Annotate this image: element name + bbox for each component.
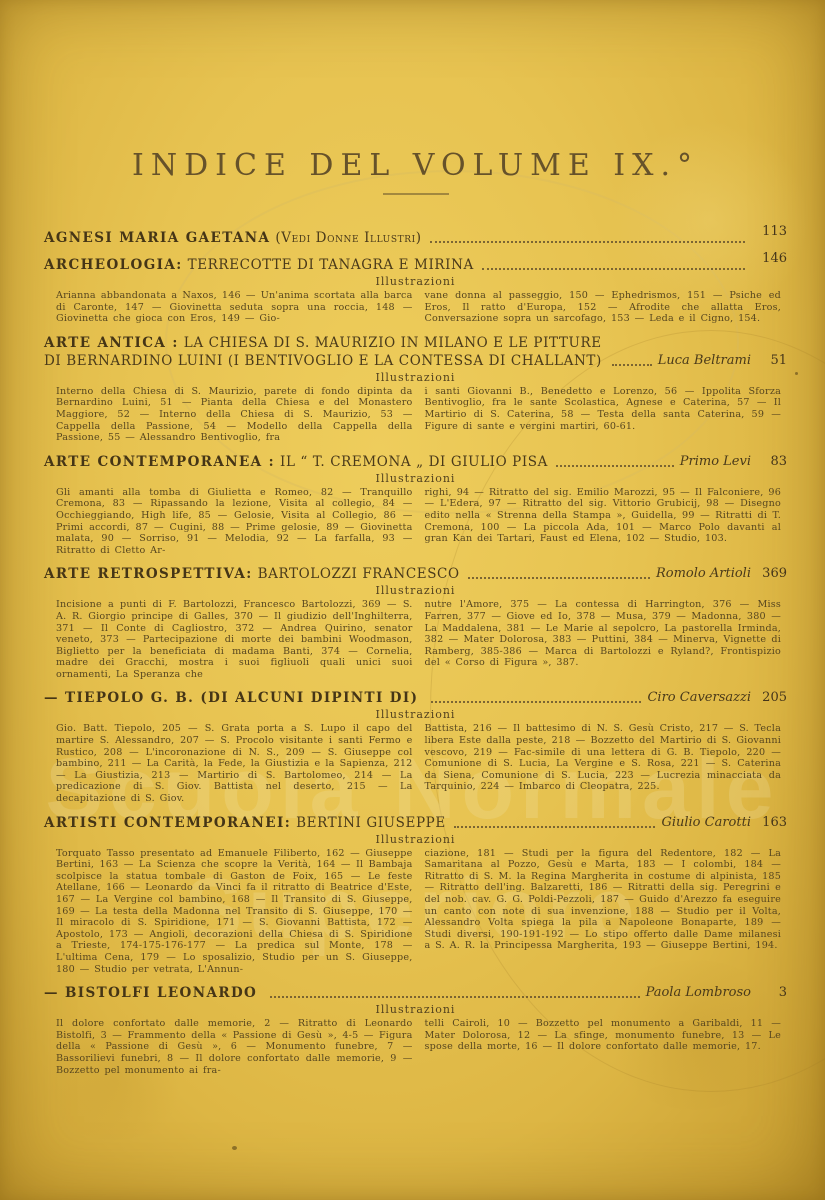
entry-author: Primo Levi xyxy=(680,453,751,471)
illustrations-columns: Incisione a punti di F. Bartolozzi, Fran… xyxy=(44,599,787,680)
illustrations-column-right: ciazione, 181 — Studi per la figura del … xyxy=(425,848,782,976)
illustrations-column-left: Torquato Tasso presentato ad Emanuele Fi… xyxy=(56,848,413,976)
paper-speck xyxy=(232,1146,237,1150)
illustrations-column-left: Gli amanti alla tomba di Giulietta e Rom… xyxy=(56,487,413,557)
illustrations-column-left: Il dolore confortato dalle memorie, 2 — … xyxy=(56,1018,413,1076)
page-title: INDICE DEL VOLUME IX.° xyxy=(44,148,787,183)
entry-bistolfi: — BISTOLFI LEONARDO Paola Lombroso 3 Ill… xyxy=(44,984,787,1076)
entry-lead: AGNESI MARIA GAETANA xyxy=(44,230,270,246)
illustrations-label: Illustrazioni xyxy=(44,584,787,597)
entry-heading: ARTISTI CONTEMPORANEI:BERTINI GIUSEPPE G… xyxy=(44,814,787,832)
leader-dots xyxy=(270,996,639,998)
leader-dots xyxy=(612,364,652,366)
entry-title: BERTINI GIUSEPPE xyxy=(296,815,446,831)
entry-heading: ARTE RETROSPETTIVA:BARTOLOZZI FRANCESCO … xyxy=(44,565,787,583)
illustrations-label: Illustrazioni xyxy=(44,833,787,846)
scanned-page: Scuola Normale Superiore INDICE DEL VOLU… xyxy=(0,0,825,1200)
entry-author: Paola Lombroso xyxy=(646,984,751,1002)
illustrations-column-right: i santi Giovanni B., Benedetto e Lorenzo… xyxy=(425,386,782,444)
entry-page-number: 83 xyxy=(761,453,787,471)
illustrations-column-right: vane donna al passeggio, 150 — Ephedrism… xyxy=(425,290,782,325)
illustrations-columns: Interno della Chiesa di S. Maurizio, par… xyxy=(44,386,787,444)
entry-page-number: 205 xyxy=(761,689,787,707)
illustrations-label: Illustrazioni xyxy=(44,708,787,721)
entry-heading: ARTE ANTICA :LA CHIESA DI S. MAURIZIO IN… xyxy=(44,334,787,370)
entry-author: Romolo Artioli xyxy=(656,565,751,583)
entry-tiepolo: — TIEPOLO G. B. (DI ALCUNI DIPINTI DI) C… xyxy=(44,689,787,804)
illustrations-column-right: telli Cairoli, 10 — Bozzetto pel monumen… xyxy=(425,1018,782,1076)
entry-heading: ARTE CONTEMPORANEA :IL “ T. CREMONA „ DI… xyxy=(44,453,787,471)
illustrations-column-left: Incisione a punti di F. Bartolozzi, Fran… xyxy=(56,599,413,680)
title-rule xyxy=(383,193,449,195)
entry-page-number: 3 xyxy=(761,984,787,1002)
entry-lead: — TIEPOLO G. B. (DI ALCUNI DIPINTI DI) xyxy=(44,690,418,706)
entry-title: (Vedi Donne Illustri) xyxy=(275,230,421,246)
entry-arte-retrospettiva: ARTE RETROSPETTIVA:BARTOLOZZI FRANCESCO … xyxy=(44,565,787,680)
entry-arte-contemporanea: ARTE CONTEMPORANEA :IL “ T. CREMONA „ DI… xyxy=(44,453,787,557)
leader-dots xyxy=(430,241,745,243)
leader-dots xyxy=(454,826,656,828)
entry-page-number: 51 xyxy=(761,352,787,370)
entry-heading: — TIEPOLO G. B. (DI ALCUNI DIPINTI DI) C… xyxy=(44,689,787,707)
illustrations-columns: Il dolore confortato dalle memorie, 2 — … xyxy=(44,1018,787,1076)
entry-lead: ARTE ANTICA : xyxy=(44,335,179,351)
entry-author: Luca Beltrami xyxy=(658,352,751,370)
entry-title: BARTOLOZZI FRANCESCO xyxy=(258,566,460,582)
entry-lead: ARTE RETROSPETTIVA: xyxy=(44,566,253,582)
illustrations-label: Illustrazioni xyxy=(44,472,787,485)
illustrations-columns: Gio. Batt. Tiepolo, 205 — S. Grata porta… xyxy=(44,723,787,804)
illustrations-column-left: Arianna abbandonata a Naxos, 146 — Un'an… xyxy=(56,290,413,325)
entry-title: TERRECOTTE DI TANAGRA E MIRINA xyxy=(188,257,474,273)
illustrations-column-right: nutre l'Amore, 375 — La contessa di Harr… xyxy=(425,599,782,680)
entry-page-number: 163 xyxy=(761,814,787,832)
illustrations-column-right: Battista, 216 — Il battesimo di N. S. Ge… xyxy=(425,723,782,804)
leader-dots xyxy=(482,268,745,270)
illustrations-columns: Arianna abbandonata a Naxos, 146 — Un'an… xyxy=(44,290,787,325)
entry-page-number: 369 xyxy=(761,565,787,583)
entry-agnesi: AGNESI MARIA GAETANA(Vedi Donne Illustri… xyxy=(44,229,787,247)
illustrations-column-right: righi, 94 — Ritratto del sig. Emilio Mar… xyxy=(425,487,782,557)
entry-artisti-contemporanei: ARTISTI CONTEMPORANEI:BERTINI GIUSEPPE G… xyxy=(44,814,787,976)
illustrations-column-left: Gio. Batt. Tiepolo, 205 — S. Grata porta… xyxy=(56,723,413,804)
entry-author: Giulio Carotti xyxy=(661,814,751,832)
illustrations-label: Illustrazioni xyxy=(44,275,787,288)
illustrations-columns: Torquato Tasso presentato ad Emanuele Fi… xyxy=(44,848,787,976)
index-content: INDICE DEL VOLUME IX.° AGNESI MARIA GAET… xyxy=(0,148,825,1076)
entry-heading: ARCHEOLOGIA:TERRECOTTE DI TANAGRA E MIRI… xyxy=(44,256,787,274)
entry-lead: ARCHEOLOGIA: xyxy=(44,257,183,273)
entry-lead: ARTISTI CONTEMPORANEI: xyxy=(44,815,291,831)
entry-lead: — BISTOLFI LEONARDO xyxy=(44,985,257,1001)
entry-lead: ARTE CONTEMPORANEA : xyxy=(44,454,275,470)
entry-author: Ciro Caversazzi xyxy=(647,689,751,707)
entry-page-number: 146 xyxy=(761,250,787,268)
entry-heading: AGNESI MARIA GAETANA(Vedi Donne Illustri… xyxy=(44,229,787,247)
leader-dots xyxy=(431,701,641,703)
index-entries: AGNESI MARIA GAETANA(Vedi Donne Illustri… xyxy=(44,229,787,1076)
entry-heading: — BISTOLFI LEONARDO Paola Lombroso 3 xyxy=(44,984,787,1002)
illustrations-columns: Gli amanti alla tomba di Giulietta e Rom… xyxy=(44,487,787,557)
entry-page-number: 113 xyxy=(761,223,787,241)
entry-title: IL “ T. CREMONA „ DI GIULIO PISA xyxy=(280,454,548,470)
illustrations-label: Illustrazioni xyxy=(44,371,787,384)
entry-archeologia: ARCHEOLOGIA:TERRECOTTE DI TANAGRA E MIRI… xyxy=(44,256,787,325)
entry-arte-antica: ARTE ANTICA :LA CHIESA DI S. MAURIZIO IN… xyxy=(44,334,787,444)
leader-dots xyxy=(468,577,650,579)
illustrations-label: Illustrazioni xyxy=(44,1003,787,1016)
leader-dots xyxy=(556,465,674,467)
illustrations-column-left: Interno della Chiesa di S. Maurizio, par… xyxy=(56,386,413,444)
